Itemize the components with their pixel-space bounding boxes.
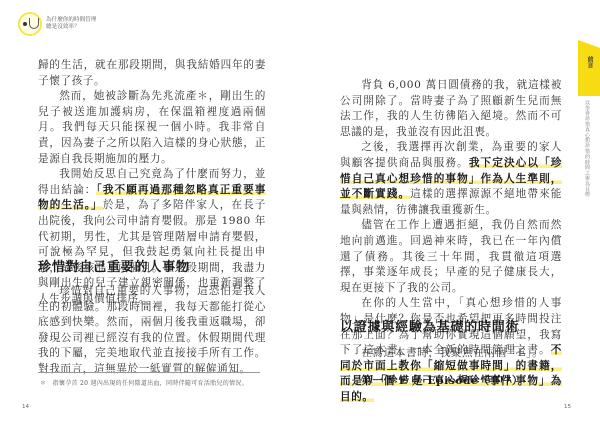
book-title: 為什麼你的時間管理 總是沒效率？ [46, 17, 96, 32]
chapter-caption: 以學會珍惜真心想珍惜的時間之術為目標 [584, 100, 590, 197]
paragraph: 歸的生活，就在那段期間，與我結婚四年的妻子懷了孩子。 [38, 58, 266, 89]
page-number-right: 15 [564, 404, 571, 410]
footnote: ＊ 指懷孕首 20 週內出現的任何陰道出血，同時伴隨可育活胎兒的情況。 [40, 378, 248, 387]
footnote-divider [38, 372, 260, 373]
highlighted-sentence: 第一個 E 是 Episode（事件）。 [361, 375, 529, 387]
paragraph: 然而，她被診斷為先兆流產＊，剛出生的兒子被送進加護病房，在保溫箱裡度過兩個月。我… [38, 89, 266, 167]
running-header: 為什麼你的時間管理 總是沒效率？ [18, 12, 96, 36]
first-e-line: 第一個 E 是 Episode（事件）。 [340, 374, 562, 390]
paragraph: 背負 6,000 萬日圓債務的我，就這樣被公司開除了。當時妻子為了照顧新生兒而無… [340, 78, 562, 140]
book-title-line-2: 總是沒效率？ [46, 24, 96, 32]
intro-line: 在寫這本書時，我聚焦在兩個「E」。 [340, 346, 562, 362]
paragraph: 儘管在工作上遭遇拒絕，我仍自然而然地向前邁進。回過神來時，我已在一年內償還了債務… [340, 218, 562, 296]
paragraph: 之後，我選擇再次創業，為重要的家人與顧客提供商品與服務。我下定決心以「珍惜自己真… [340, 140, 562, 218]
paragraph: 在寫這本書時，我聚焦在兩個「E」。 [340, 346, 562, 362]
right-page: 背負 6,000 萬日圓債務的我，就這樣被公司開除了。當時妻子為了照顧新生兒而無… [300, 0, 600, 425]
book-spread: 為什麼你的時間管理 總是沒效率？ 歸的生活，就在那段期間，與我結婚四年的妻子懷了… [0, 0, 600, 425]
book-title-line-1: 為什麼你的時間管理 [46, 17, 96, 25]
paragraph: 第一個 E 是 Episode（事件）。 [340, 374, 562, 390]
page-number-left: 14 [22, 404, 29, 410]
left-section-body: 珍惜對自己重要的人事物，這恐怕是我人生的初體驗。那段時間裡，我每天都能打從心底感… [38, 284, 266, 378]
clock-face-logo-icon [18, 12, 42, 36]
section-heading: 珍惜對自己重要的人事物 [38, 256, 190, 275]
chapter-tab [578, 40, 600, 96]
left-page: 為什麼你的時間管理 總是沒效率？ 歸的生活，就在那段期間，與我結婚四年的妻子懷了… [0, 0, 300, 425]
paragraph: 珍惜對自己重要的人事物，這恐怕是我人生的初體驗。那段時間裡，我每天都能打從心底感… [38, 284, 266, 378]
section-heading: 以證據與經驗為基礎的時間術 [340, 316, 519, 335]
chapter-tab-label: 前言 [583, 56, 593, 68]
